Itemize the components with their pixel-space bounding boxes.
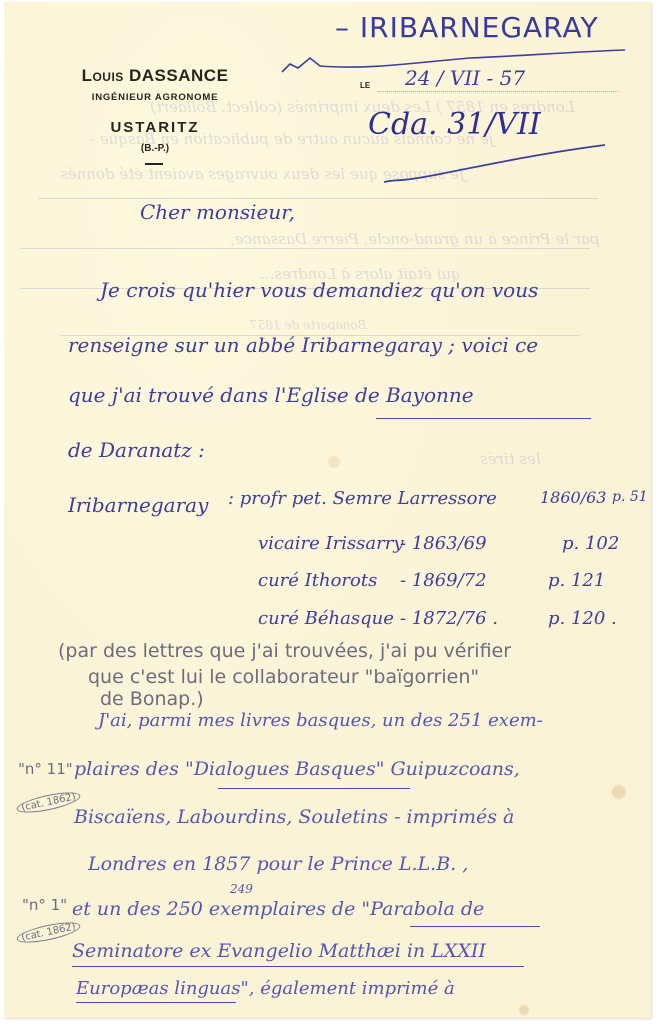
career-entry-years: - 1863/69 [400, 535, 487, 553]
subject-annotation: – IRIBARNEGARAY [335, 14, 599, 42]
superscript-249: 249 [230, 883, 253, 895]
body-line: et un des 250 exemplaires de "Parabola d… [72, 900, 484, 919]
letterhead-name: Louis DASSANCE [55, 66, 255, 86]
body-line: Seminatore ex Evangelio Matthæi in LXXII [72, 942, 486, 961]
body-line: Je crois qu'hier vous demandiez qu'on vo… [100, 280, 538, 300]
career-entry-role: curé Ithorots [258, 572, 377, 590]
letterhead-city: USTARITZ [55, 119, 255, 136]
date-dotted-line [378, 91, 618, 92]
bleed-rule [38, 198, 598, 199]
body-line: Londres en 1857 pour le Prince L.L.B. , [88, 855, 468, 874]
pencil-insert-line: (par des lettres que j'ai trouvées, j'ai… [58, 642, 511, 661]
underline-parabola [410, 926, 540, 927]
bleed-rule [20, 248, 590, 249]
career-entry-page: p. 120 . [548, 610, 617, 628]
underline-eglise [376, 418, 591, 419]
underline-seminatore [72, 966, 524, 967]
underline-europaeas [76, 1002, 236, 1003]
career-entry-role: curé Béhasque [258, 610, 394, 628]
margin-note-number: "n° 1" [22, 898, 67, 913]
body-line: Europæas linguas", également imprimé à [76, 980, 455, 998]
underline-dialogues [218, 788, 410, 789]
body-line: J'ai, parmi mes livres basques, un des 2… [98, 712, 543, 730]
pencil-insert-line: de Bonap.) [100, 690, 204, 709]
career-entry-role: vicaire Irissarry [258, 535, 404, 553]
career-name: Iribarnegaray [68, 495, 208, 515]
letter-date: 24 / VII - 57 [405, 68, 525, 88]
body-line: plaires des "Dialogues Basques" Guipuzco… [74, 760, 520, 779]
body-line: de Daranatz : [68, 440, 205, 460]
career-entry-page: p. 121 [548, 572, 605, 590]
body-line: Biscaïens, Labourdins, Souletins - impri… [74, 808, 514, 827]
career-entry-page: p. 102 [562, 535, 619, 553]
pencil-insert-line: que c'est lui le collaborateur "baïgorri… [88, 668, 479, 687]
career-entry-years: - 1872/76 . [400, 610, 498, 628]
career-entry-years: - 1869/72 [400, 572, 487, 590]
salutation: Cher monsieur, [140, 202, 295, 222]
bleed-text: par le Prince à un grand-oncle, Pierre D… [230, 230, 600, 248]
letterhead-title: INGÉNIEUR AGRONOME [55, 92, 255, 103]
bleed-text: les tirés [480, 450, 541, 468]
career-entry-role: : profr pet. Semre Larressore [228, 490, 497, 508]
reply-note: Cda. 31/VII [368, 110, 541, 140]
career-entry-years: 1860/63 [540, 490, 606, 506]
bleed-text: Bonaparte de 1857 [250, 318, 366, 332]
career-entry-page: p. 51 [612, 490, 648, 504]
letterhead-region: (B.-P.) [55, 143, 255, 154]
body-line: renseigne sur un abbé Iribarnegaray ; vo… [68, 335, 538, 355]
body-line: que j'ai trouvé dans l'Eglise de Bayonne [68, 385, 474, 405]
reply-note-underline [380, 140, 610, 190]
date-label: LE [360, 81, 370, 90]
letterhead-rule [145, 163, 163, 165]
margin-note-number: "n° 11" [18, 762, 73, 777]
